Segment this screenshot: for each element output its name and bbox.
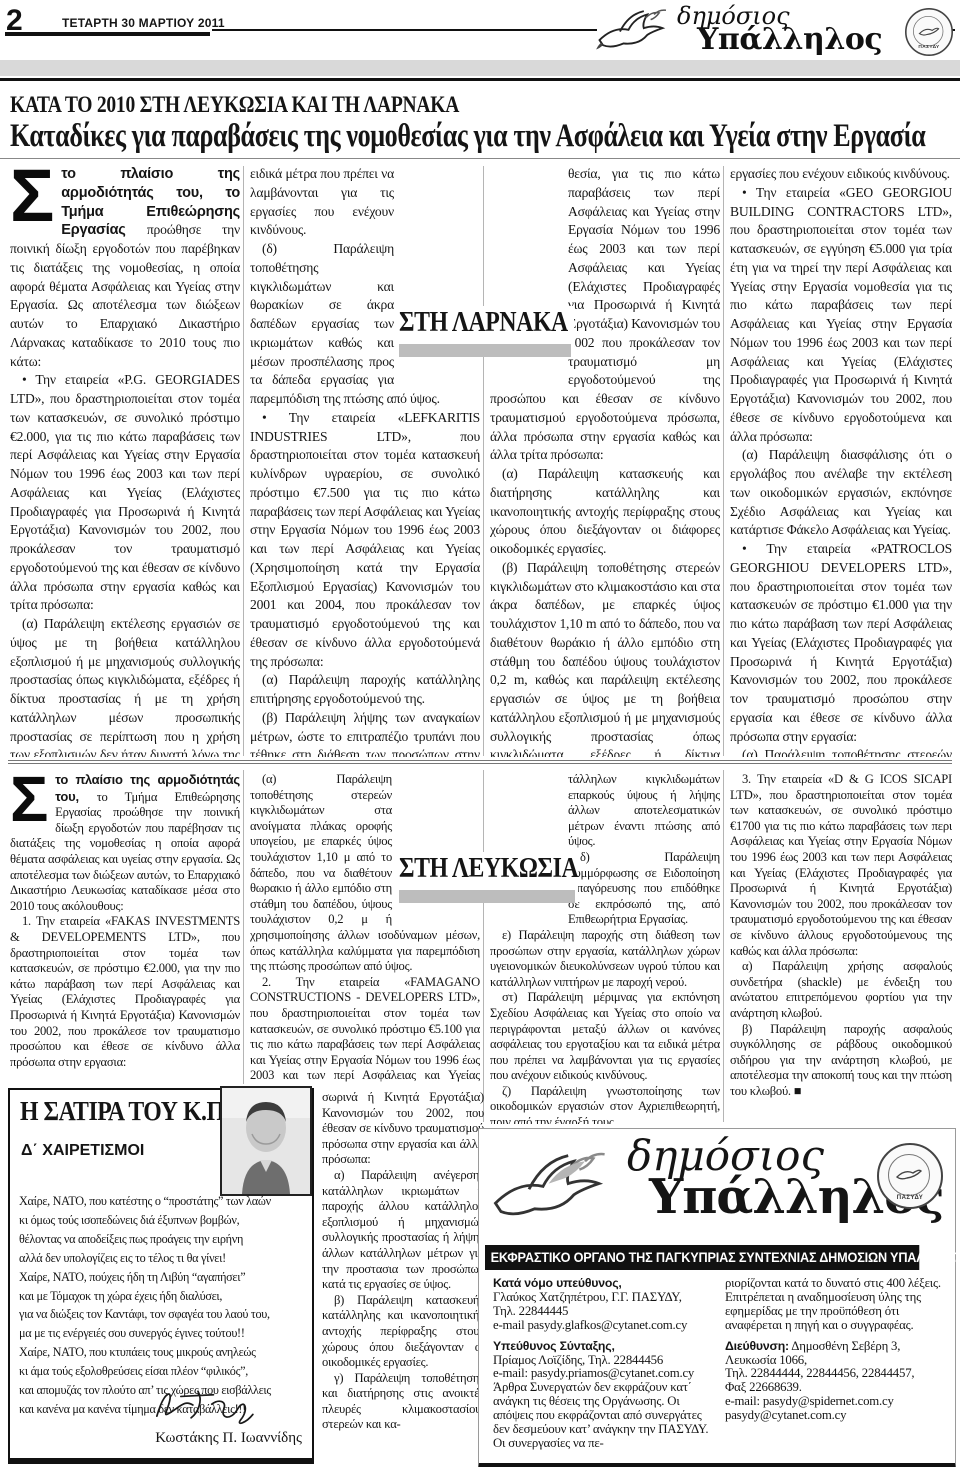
responsible-email: e-mail pasydy.glafkos@cytanet.com.cy — [493, 1319, 719, 1333]
fax: Φαξ 22668639. — [725, 1381, 951, 1395]
email-2: pasydy@cytanet.com.cy — [725, 1409, 951, 1423]
pasydy-seal-icon: ΠΑΣΥΔΥ — [877, 1143, 943, 1209]
story-divider — [8, 760, 952, 761]
column-rule — [483, 770, 484, 1122]
satire-subtitle: Δ΄ ΧΑΙΡΕΤΙΣΜΟΙ — [21, 1142, 144, 1160]
section-label-bar — [399, 890, 575, 903]
contact-left-column: Κατά νόμο υπεύθυνος, Γλαύκος Χατζηπέτρου… — [493, 1277, 719, 1451]
body-paragraphs: εργασίες που ενέχουν ειδικούς κινδύνους.… — [730, 165, 952, 757]
masthead-strip: ΕΚΦΡΑΣΤΙΚΟ ΟΡΓΑΝΟ ΤΗΣ ΠΑΓΚΥΠΡΙΑΣ ΣΥΝΤΕΧΝ… — [485, 1245, 919, 1270]
satire-title: Η ΣΑΤΙΡΑ ΤΟΥ Κ.Π.Ι. — [20, 1096, 244, 1127]
column-rule — [483, 166, 484, 756]
story-divider — [8, 763, 952, 764]
column-rule — [723, 770, 724, 1122]
paper-name-line2: Υπάλληλος — [697, 22, 882, 57]
dove-icon — [487, 1139, 627, 1231]
editor-label: Υπεύθυνος Σύνταξης, — [493, 1339, 615, 1353]
header-rule-thick — [5, 32, 210, 36]
satire-box: Η ΣΑΤΙΡΑ ΤΟΥ Κ.Π.Ι. Δ΄ ΧΑΙΡΕΤΙΣΜΟΙ Χαίρε… — [8, 1088, 314, 1464]
newspaper-page: 2 ΤΕΤΑΡΤΗ 30 ΜΑΡΤΙΟΥ 2011 δημόσιος Υπάλλ… — [0, 0, 960, 1467]
dove-icon — [593, 6, 681, 52]
lefkosia-column-1: Στο πλαίσιο της αρμοδιότητάς του, το Τμή… — [10, 772, 240, 1084]
lefkosia-column-2a: (α) Παράλειψη τοποθέτησης στερεών κιγκλι… — [250, 772, 480, 1084]
masthead-logo: δημόσιος Υπάλληλος ΠΑΣΥΔΥ — [575, 2, 955, 54]
body-paragraphs: θεσία, για τις πιο κάτω παραβάσεις των π… — [490, 165, 720, 757]
headline-rule — [0, 158, 960, 159]
body-paragraphs: • Την εταιρεία «P.G. GEORGIADES LTD», πο… — [10, 371, 240, 757]
body-paragraphs: 1. Την εταιρεία «FAKAS INVESTMENTS & DEV… — [10, 914, 240, 1070]
responsible-name: Γλαύκος Χατζηπέτρου, Γ.Γ. ΠΑΣΥΔΥ, — [493, 1291, 719, 1305]
header-rule-left — [212, 29, 597, 31]
responsible-label: Κατά νόμο υπεύθυνος, — [493, 1276, 622, 1290]
body-paragraphs: ειδικά μέτρα που πρέπει να λαμβάνονται γ… — [250, 165, 480, 757]
headline-kicker: ΚΑΤΑ ΤΟ 2010 ΣΤΗ ΛΕΥΚΩΣΙΑ ΚΑΙ ΤΗ ΛΑΡΝΑΚΑ — [10, 92, 459, 118]
signature-image — [150, 1382, 270, 1428]
headline-title: Καταδίκες για παραβάσεις της νομοθεσίας … — [10, 118, 925, 155]
body-paragraphs: τάλληλων κιγκλιδωμάτων επαρκούς ύψους ή … — [490, 772, 720, 1124]
columnist-photo — [220, 1086, 312, 1196]
section-label-bar — [399, 344, 571, 357]
section-label-lefkosia: ΣΤΗ ΛΕΥΚΩΣΙΑ — [396, 852, 578, 903]
address-label: Διεύθυνση: — [725, 1339, 789, 1353]
contrib-note-cont: ριορίζονται κατά το δυνατό στις 400 λέξε… — [725, 1277, 951, 1291]
phones: Τηλ. 22844444, 22844456, 22844457, — [725, 1367, 951, 1381]
lefkosia-column-4: 3. Την εταιρεία «D & G ICOS SICAPI LTD»,… — [730, 772, 952, 1124]
dropcap-sigma: Σ — [10, 167, 54, 225]
header-black-rule — [0, 78, 960, 81]
header-gray-band — [0, 60, 960, 76]
lede-text: προώθησε την ποινική δίωξη εργοδοτών που… — [10, 222, 240, 368]
contact-right-column: ριορίζονται κατά το δυνατό στις 400 λέξε… — [725, 1277, 951, 1423]
lefkosia-column-2b: σωρινά ή Κινητά Εργοτάξια) Κανονισμών το… — [322, 1090, 484, 1460]
contrib-note: Άρθρα Συνεργατών δεν εκφράζουν κατ΄ ανάγ… — [493, 1381, 719, 1451]
editor-name: Πρίαμος Λοϊζίδης, Τηλ. 22844456 — [493, 1354, 719, 1368]
larnaca-column-1: Στο πλαίσιο της αρμοδιότητάς του, το Τμή… — [10, 165, 240, 757]
column-rule — [723, 166, 724, 756]
editor-email: e-mail: pasydy.priamos@cytanet.com.cy — [493, 1367, 719, 1381]
body-paragraphs: 3. Την εταιρεία «D & G ICOS SICAPI LTD»,… — [730, 772, 952, 1099]
lefkosia-column-3: τάλληλων κιγκλιδωμάτων επαρκούς ύψους ή … — [490, 772, 720, 1124]
body-paragraphs: σωρινά ή Κινητά Εργοτάξια) Κανονισμών το… — [322, 1090, 484, 1433]
issue-date: ΤΕΤΑΡΤΗ 30 ΜΑΡΤΙΟΥ 2011 — [62, 16, 225, 30]
section-label-larnaca: ΣΤΗ ΛΑΡΝΑΚΑ — [396, 306, 574, 357]
pasydy-seal-icon: ΠΑΣΥΔΥ — [905, 8, 953, 56]
larnaca-column-3: θεσία, για τις πιο κάτω παραβάσεις των π… — [490, 165, 720, 757]
columnist-name: Κωστάκης Π. Ιωαννίδης — [155, 1430, 302, 1447]
body-paragraphs: (α) Παράλειψη τοποθέτησης στερεών κιγκλι… — [250, 772, 480, 1084]
responsible-tel: Τηλ. 22844445 — [493, 1305, 719, 1319]
email-1: e-mail: pasydy@spidernet.com.cy — [725, 1395, 951, 1409]
larnaca-column-4: εργασίες που ενέχουν ειδικούς κινδύνους.… — [730, 165, 952, 757]
reprint-note: Επιτρέπεται η αναδημοσίευση ύλης της εφη… — [725, 1291, 951, 1333]
larnaca-column-2: ειδικά μέτρα που πρέπει να λαμβάνονται γ… — [250, 165, 480, 757]
column-rule — [243, 166, 244, 756]
dropcap-sigma: Σ — [10, 774, 48, 824]
column-rule — [243, 770, 244, 1084]
masthead-box: δημόσιος Υπάλληλος ΠΑΣΥΔΥ ΕΚΦΡΑΣΤΙΚΟ ΟΡΓ… — [478, 1128, 956, 1467]
